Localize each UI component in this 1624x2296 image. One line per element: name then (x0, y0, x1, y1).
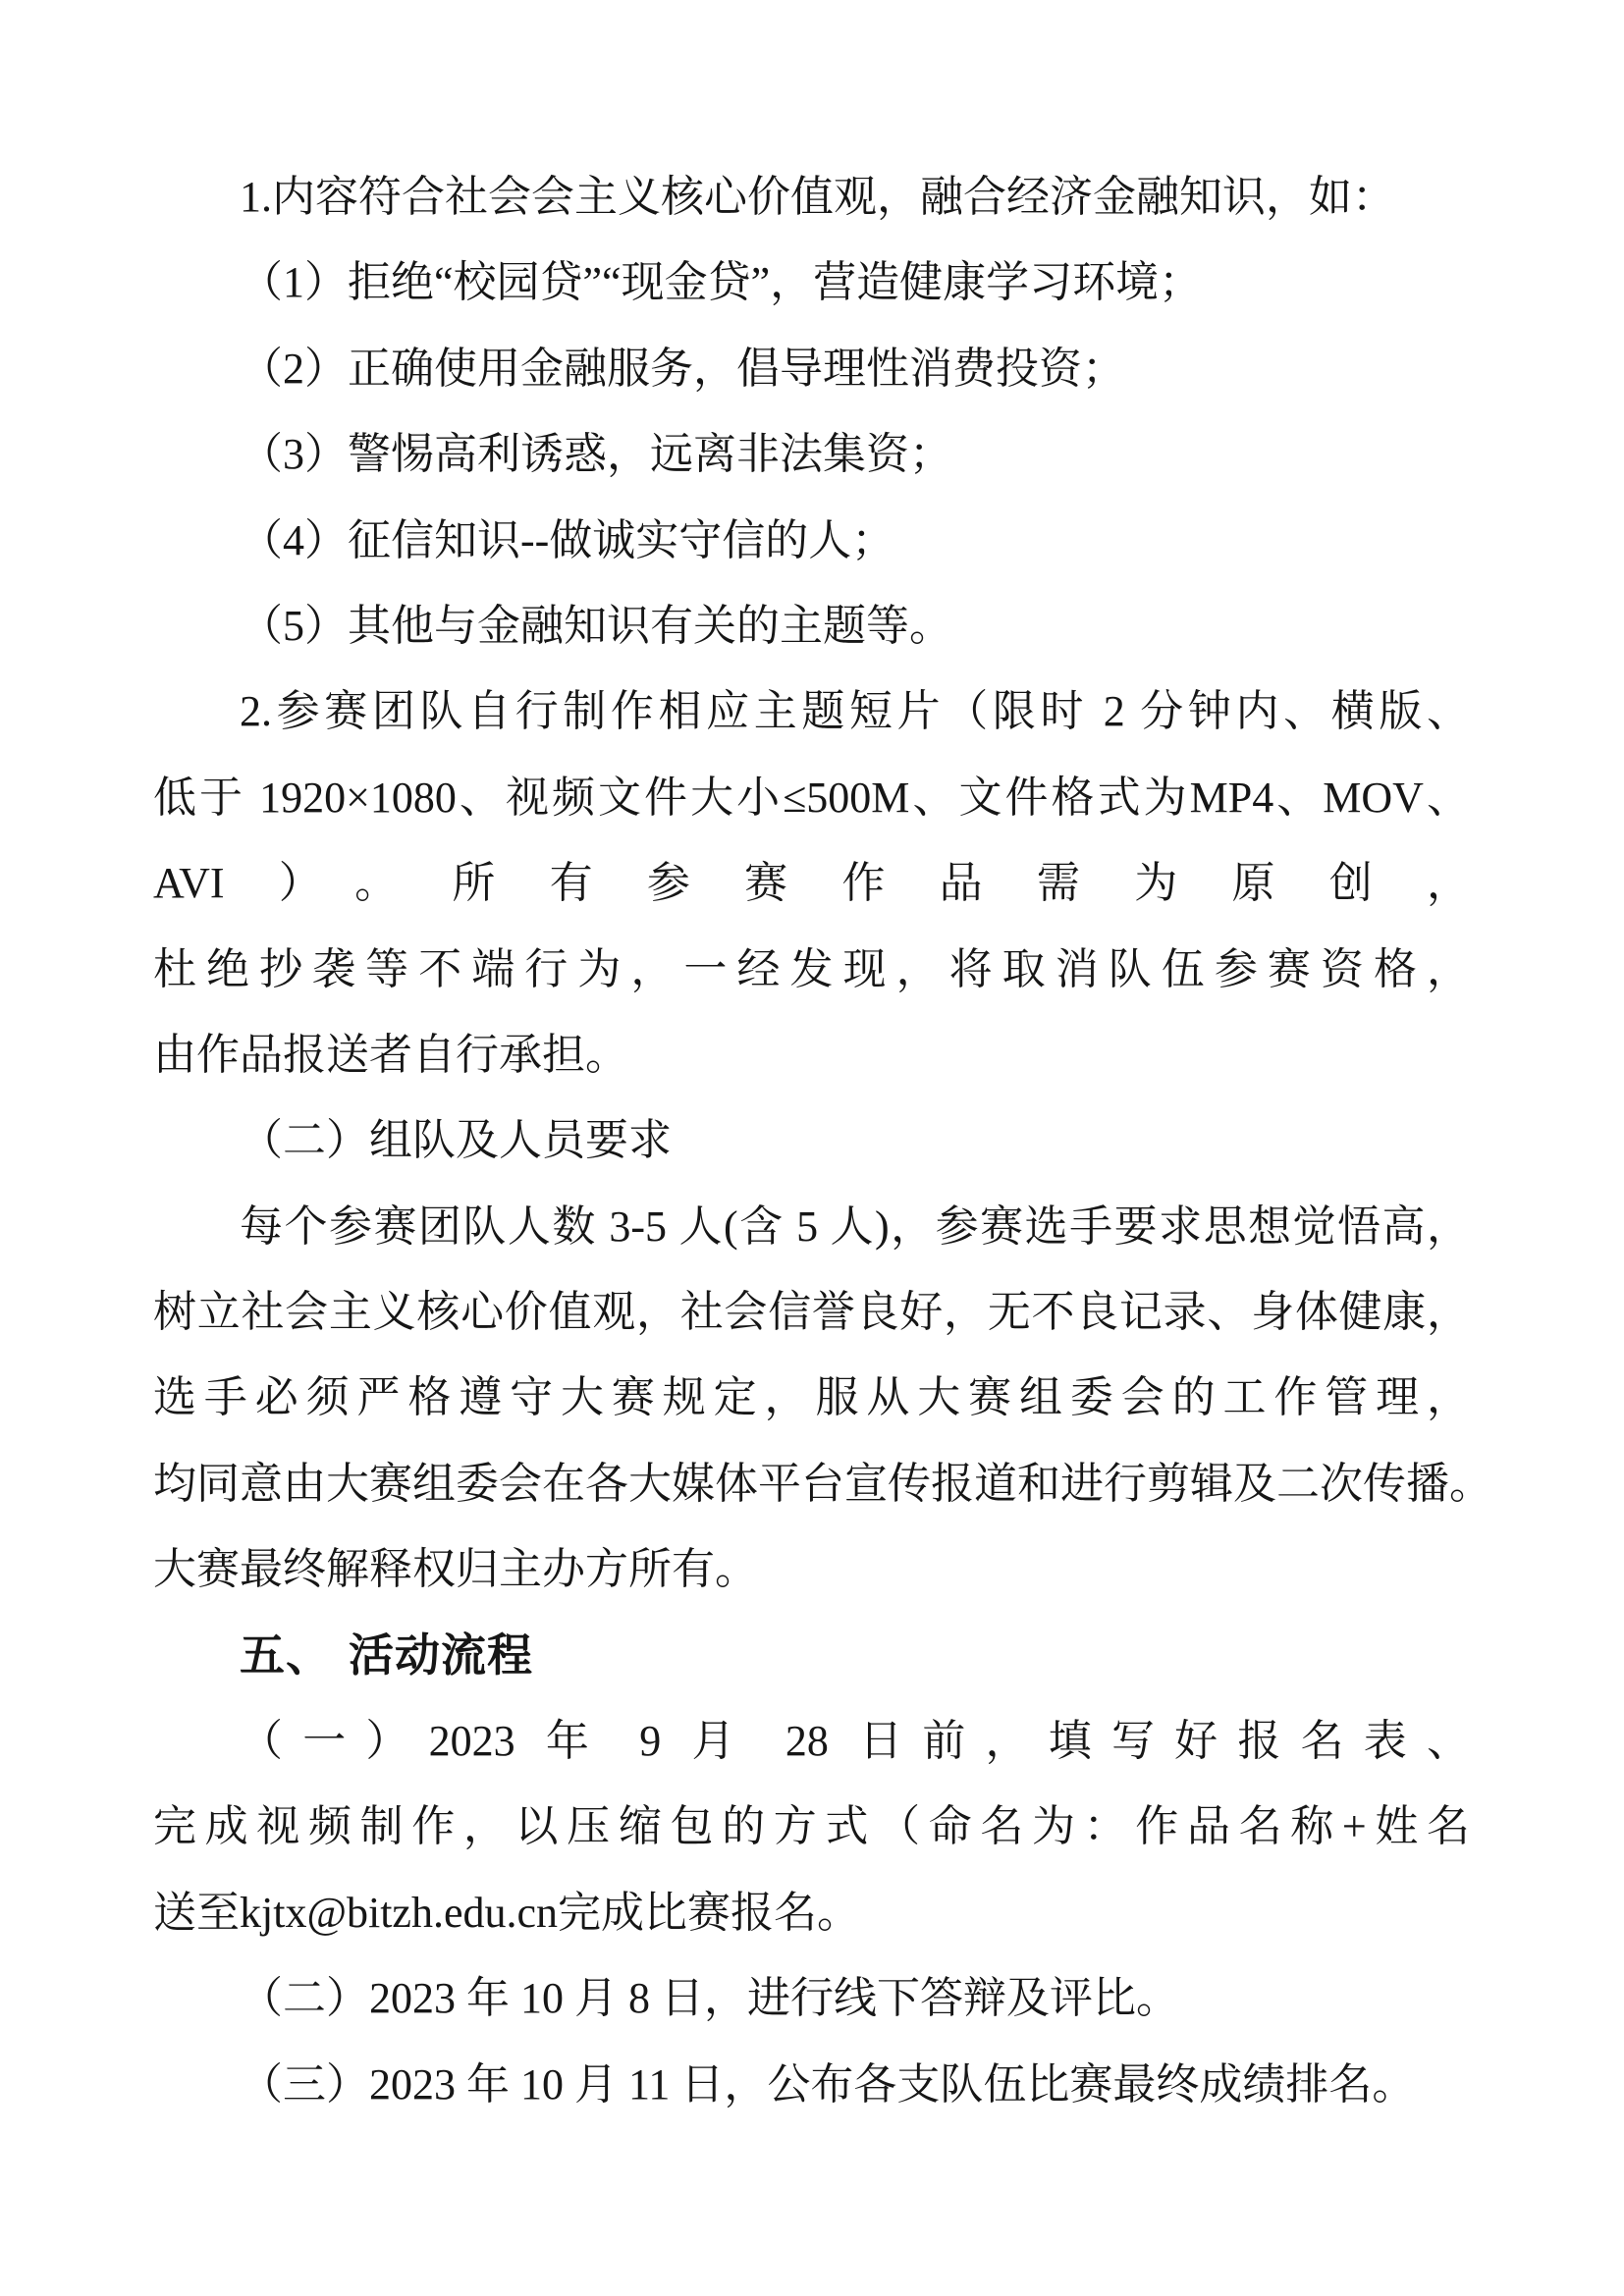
process-step1-email-line: 送至kjtx@bitzh.edu.cn完成比赛报名。 (153, 1870, 1470, 1955)
email-line-prefix: 送至 (153, 1889, 240, 1937)
process-step1-line: （一）2023 年 9 月 28 日前，填写好报名表、承诺书以PDF形式导出并 (153, 1698, 1470, 1784)
list-item-2: （2）正确使用金融服务，倡导理性消费投资； (153, 326, 1470, 411)
section-heading-process: 五、 活动流程 (153, 1613, 1470, 1698)
production-paragraph-line: AVI）。所有参赛作品需为原创，并是首次参赛或首次公开发表的作品， (153, 840, 1470, 926)
production-paragraph-line: 低于 1920×1080、视频文件大小≤500M、文件格式为MP4、MOV、MK… (153, 755, 1470, 840)
process-step3-line: （三）2023 年 10 月 11 日，公布各支队伍比赛最终成绩排名。 (153, 2042, 1470, 2127)
production-paragraph-line: 2.参赛团队自行制作相应主题短片（限时 2 分钟内、横版、分辨率不 (153, 668, 1470, 754)
subheading-team-requirements: （二）组队及人员要求 (153, 1097, 1470, 1183)
list-item-4: （4）征信知识--做诚实守信的人； (153, 498, 1470, 583)
process-step2-line: （二）2023 年 10 月 8 日，进行线下答辩及评比。 (153, 1955, 1470, 2041)
list-item-1: （1）拒绝“校园贷”“现金贷”，营造健康学习环境； (153, 240, 1470, 325)
team-paragraph-line: 选手必须严格遵守大赛规定，服从大赛组委会的工作管理，所有参赛作品 (153, 1355, 1470, 1440)
list-item-3: （3）警惕高利诱惑，远离非法集资； (153, 411, 1470, 497)
email-address: kjtx@bitzh.edu.cn (240, 1889, 558, 1937)
document-page: 1.内容符合社会会主义核心价值观，融合经济金融知识，如： （1）拒绝“校园贷”“… (0, 0, 1624, 2296)
team-paragraph-line: 树立社会主义核心价值观，社会信誉良好，无不良记录、身体健康，参赛 (153, 1269, 1470, 1355)
team-paragraph-line: 每个参赛团队人数 3-5 人(含 5 人)，参赛选手要求思想觉悟高，能正确 (153, 1184, 1470, 1269)
process-step1-line: 完成视频制作，以压缩包的方式（命名为：作品名称+姓名+联系方式）发 (153, 1784, 1470, 1869)
list-item-5: （5）其他与金融知识有关的主题等。 (153, 583, 1470, 668)
production-paragraph-line: 杜绝抄袭等不端行为，一经发现，将取消队伍参赛资格，涉及法律责任的 (153, 927, 1470, 1012)
team-paragraph-line: 大赛最终解释权归主办方所有。 (153, 1526, 1470, 1612)
content-intro-line: 1.内容符合社会会主义核心价值观，融合经济金融知识，如： (153, 154, 1470, 240)
team-paragraph-line: 均同意由大赛组委会在各大媒体平台宣传报道和进行剪辑及二次传播。本 (153, 1441, 1470, 1526)
production-paragraph-line: 由作品报送者自行承担。 (153, 1012, 1470, 1097)
email-line-suffix: 完成比赛报名。 (558, 1889, 860, 1937)
